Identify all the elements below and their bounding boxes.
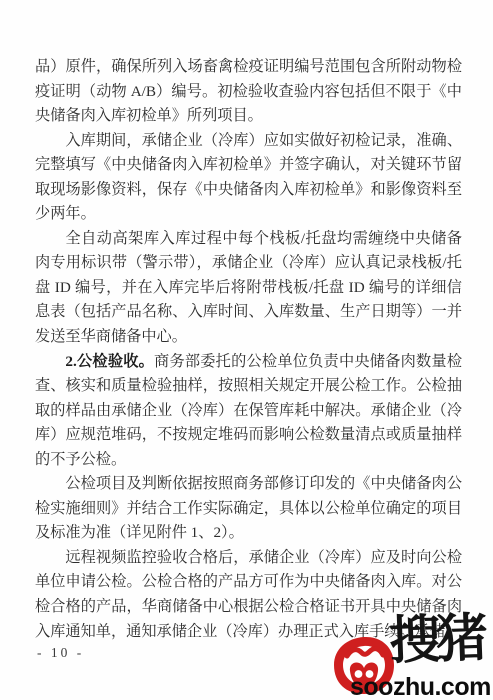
paragraph-1: 品）原件，确保所列入场畜禽检疫证明编号范围包含所附动物检疫证明（动物 A/B）编… [35,55,462,129]
paragraph-3: 全自动高架库入库过程中每个栈板/托盘均需缠绕中央储备肉专用标识带（警示带），承储… [35,227,462,350]
soozhu-watermark: 搜猪 soozhu.com [321,612,493,700]
watermark-brand-name: 搜猪 [388,610,484,670]
paragraph-4: 2.公检验收。商务部委托的公检单位负责中央储备肉数量检查、核实和质量检验抽样，按… [35,350,462,473]
document-page: 品）原件，确保所列入场畜禽检疫证明编号范围包含所附动物检疫证明（动物 A/B）编… [0,0,493,700]
page-number: - 10 - [37,645,84,661]
watermark-brand-url: soozhu.com [350,673,491,700]
paragraph-5: 公检项目及判断依据按照商务部修订印发的《中央储备肉公检实施细则》并结合工作实际确… [35,472,462,546]
paragraph-2: 入库期间，承储企业（冷库）应如实做好初检记录，准确、完整填写《中央储备肉入库初检… [35,129,462,227]
section-heading-public-inspection: 2.公检验收。 [65,353,154,370]
body-text: 品）原件，确保所列入场畜禽检疫证明编号范围包含所附动物检疫证明（动物 A/B）编… [35,55,462,644]
